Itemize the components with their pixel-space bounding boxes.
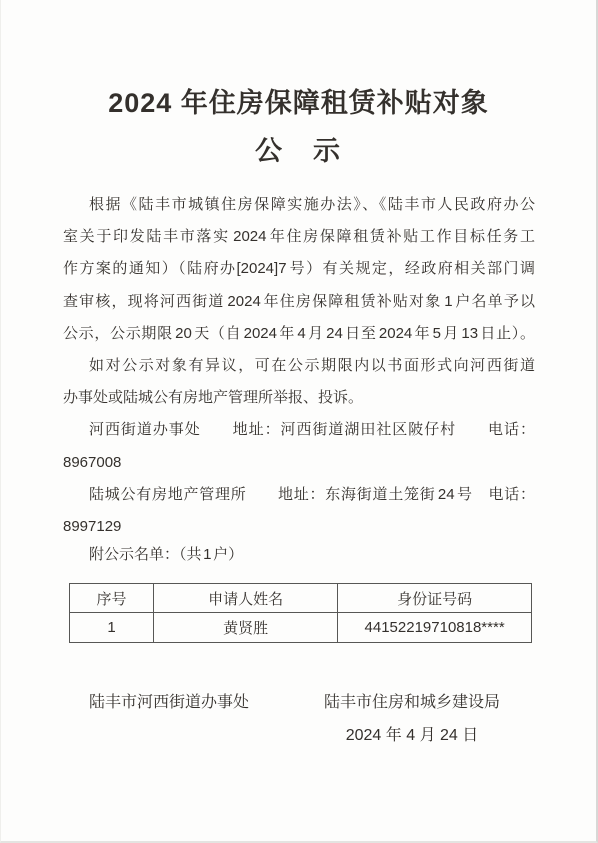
issuer-left-org: 陆丰市河西街道办事处 (89, 686, 249, 719)
header-id-number: 身份证号码 (338, 584, 532, 613)
table-row: 1 黄贤胜 44152219710818**** (70, 613, 532, 643)
issue-date: 2024 年 4 月 24 日 (323, 719, 501, 752)
document-subtitle: 公 示 (1, 134, 596, 168)
body-line: 根据《陆丰市城镇住房保障实施办法》、《陆丰市人民政府办公 (63, 189, 535, 221)
table-header-row: 序号 申请人姓名 身份证号码 (70, 584, 532, 613)
paragraph-contact-property-office: 陆城公有房地产管理所 地址：东海街道土笼街 24 号 电话： 8997129 (63, 479, 535, 543)
body-line: 河西街道办事处 地址：河西街道湖田社区陂仔村 电话： (63, 414, 535, 446)
roster-table: 序号 申请人姓名 身份证号码 1 黄贤胜 44152219710818**** (69, 583, 532, 643)
header-serial-number: 序号 (70, 584, 154, 613)
document-title: 2024 年住房保障租赁补贴对象 (1, 86, 596, 120)
phone-number: 8967008 (63, 447, 535, 479)
header-applicant-name: 申请人姓名 (154, 584, 338, 613)
paragraph-objection: 如对公示对象有异议，可在公示期限内以书面形式向河西街道 办事处或陆城公有房地产管… (63, 350, 535, 414)
cell-applicant-name: 黄贤胜 (154, 613, 338, 643)
document-page: 2024 年住房保障租赁补贴对象 公 示 根据《陆丰市城镇住房保障实施办法》、《… (0, 0, 598, 843)
body-line: 查审核，现将河西街道 2024 年住房保障租赁补贴对象 1 户名单予以 (63, 286, 535, 318)
cell-serial-number: 1 (70, 613, 154, 643)
body-line: 陆城公有房地产管理所 地址：东海街道土笼街 24 号 电话： (63, 479, 535, 511)
paragraph-contact-street-office: 河西街道办事处 地址：河西街道湖田社区陂仔村 电话： 8967008 (63, 414, 535, 478)
body-line: 公示，公示期限 20 天（自 2024 年 4 月 24 日至 2024 年 5… (63, 318, 535, 350)
paragraph-basis: 根据《陆丰市城镇住房保障实施办法》、《陆丰市人民政府办公 室关于印发陆丰市落实 … (63, 189, 535, 350)
cell-id-number: 44152219710818**** (338, 613, 532, 643)
body-line: 室关于印发陆丰市落实 2024 年住房保障租赁补贴工作目标任务工 (63, 221, 535, 253)
issuer-right-block: 陆丰市住房和城乡建设局 2024 年 4 月 24 日 (323, 686, 501, 752)
signature-block: 陆丰市河西街道办事处 陆丰市住房和城乡建设局 2024 年 4 月 24 日 (63, 686, 535, 756)
attachment-label: 附公示名单：（共 1 户） (63, 539, 535, 571)
body-line: 作方案的通知）（陆府办[2024]7 号）有关规定，经政府相关部门调 (63, 253, 535, 285)
body-line: 如对公示对象有异议，可在公示期限内以书面形式向河西街道 (63, 350, 535, 382)
document-body: 根据《陆丰市城镇住房保障实施办法》、《陆丰市人民政府办公 室关于印发陆丰市落实 … (63, 189, 535, 571)
body-line: 办事处或陆城公有房地产管理所举报、投诉。 (63, 382, 535, 414)
issuer-right-org: 陆丰市住房和城乡建设局 (323, 686, 501, 719)
